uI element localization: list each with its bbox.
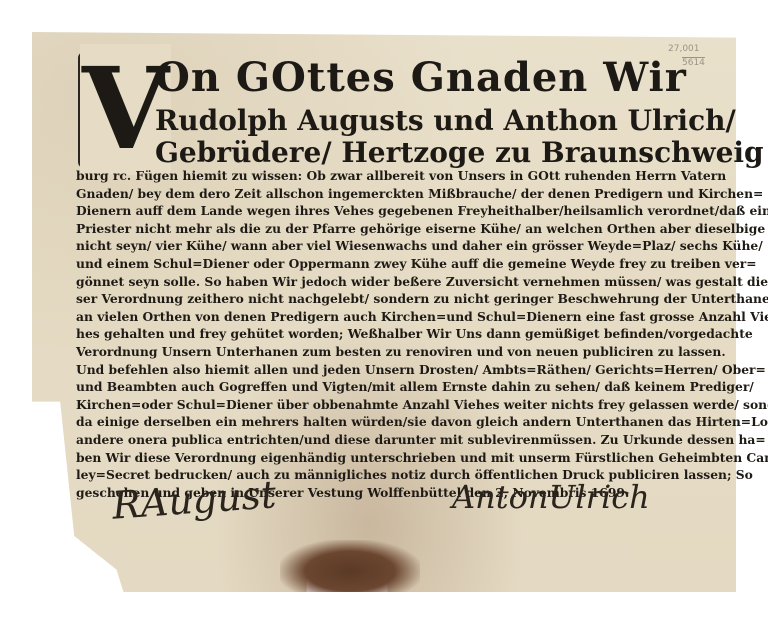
text-line: Kirchen=oder Schul=Diener über obbenahmt… bbox=[76, 396, 636, 414]
decorated-initial-letter: V bbox=[78, 52, 154, 168]
text-line: Gnaden/ bey dem dero Zeit allschon ingem… bbox=[76, 185, 636, 203]
text-line: und Beambten auch Gogreffen und Vigten/m… bbox=[76, 378, 636, 396]
signature-anthon-ulrich: AntonUlrich bbox=[452, 478, 650, 516]
text-line: und einem Schul=Diener oder Oppermann zw… bbox=[76, 255, 636, 273]
text-line: ser Verordnung zeithero nicht nachgelebt… bbox=[76, 290, 636, 308]
decree-body: burg rc. Fügen hiemit zu wissen: Ob zwar… bbox=[76, 167, 636, 501]
heading-line-3: Gebrüdere/ Hertzoge zu Braunschweig und … bbox=[155, 136, 768, 169]
text-line: andere onera publica entrichten/und dies… bbox=[76, 431, 636, 449]
text-line: burg rc. Fügen hiemit zu wissen: Ob zwar… bbox=[76, 167, 636, 185]
text-line: Verordnung Unsern Unterhanen zum besten … bbox=[76, 343, 636, 361]
water-stain bbox=[280, 540, 420, 592]
text-line: ben Wir diese Verordnung eigenhändig unt… bbox=[76, 449, 636, 467]
text-line: Dienern auff dem Lande wegen ihres Vehes… bbox=[76, 202, 636, 220]
text-line: Und befehlen also hiemit allen und jeden… bbox=[76, 361, 636, 379]
text-line: gönnet seyn solle. So haben Wir jedoch w… bbox=[76, 273, 636, 291]
text-line: nicht seyn/ vier Kühe/ wann aber viel Wi… bbox=[76, 237, 636, 255]
heading-line-1: On GOttes Gnaden Wir bbox=[155, 54, 687, 101]
text-line: an vielen Orthen von denen Predigern auc… bbox=[76, 308, 636, 326]
heading-line-2: Rudolph Augusts und Anthon Ulrich/ bbox=[155, 104, 736, 137]
text-line: hes gehalten und frey gehütet worden; We… bbox=[76, 325, 636, 343]
text-line: Priester nicht mehr als die zu der Pfarr… bbox=[76, 220, 636, 238]
text-line: da einige derselben ein mehrers halten w… bbox=[76, 413, 636, 431]
